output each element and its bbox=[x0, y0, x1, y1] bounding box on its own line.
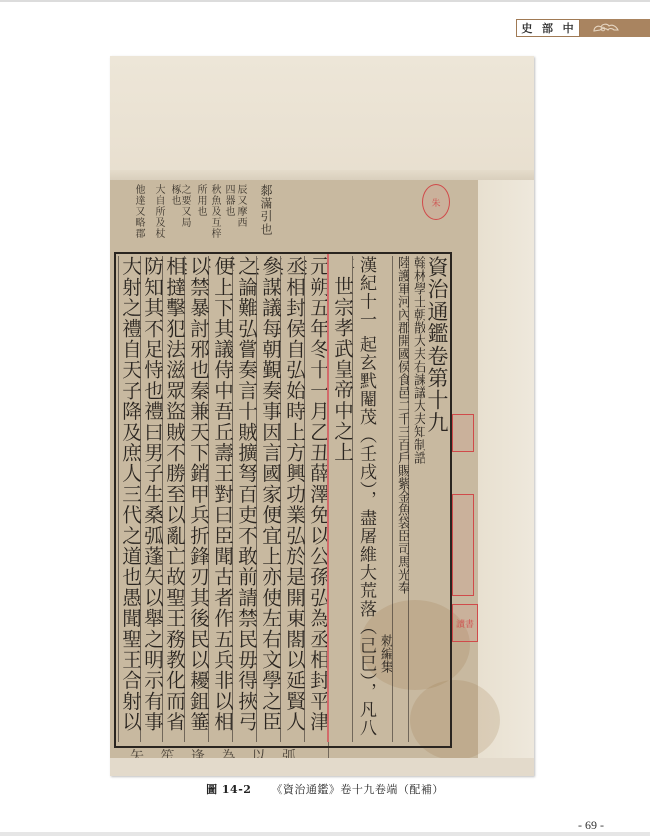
text-column: 參謀議每朝覲奏事因言國家便宜上亦使左右文學之臣與 bbox=[256, 256, 281, 742]
text-column: 便上下其議侍中吾丘壽王對曰臣聞古者作五兵非以相害 bbox=[208, 256, 233, 742]
marginal-note: 所用也 bbox=[194, 184, 206, 217]
marginal-note: 辰又摩西 bbox=[234, 184, 246, 228]
printed-leaf: 䣛滿引也 辰又摩西 四器也 秋魚及互梓 所用也 之要又局 椓也 大自所及杖 他達… bbox=[110, 180, 478, 758]
author-column: 翰林學士朝散大夫右諫議大夫知制誥 bbox=[408, 256, 425, 742]
red-seal-square bbox=[452, 494, 474, 596]
marginal-note: 四器也 bbox=[222, 184, 234, 217]
bottom-rule bbox=[0, 832, 650, 836]
text-column: 以禁暴討邪也秦兼天下銷甲兵折鋒刃其後民以耰鉏箠梃 bbox=[184, 256, 209, 742]
marginal-note: 他達又略郡 bbox=[132, 184, 144, 239]
edict-note: 勑編集 bbox=[376, 634, 392, 734]
figure-caption-text: 《資治通鑑》卷十九卷端（配補） bbox=[271, 783, 444, 796]
section-label: 史 部 中 bbox=[516, 19, 580, 37]
section-char: 中 bbox=[563, 20, 575, 36]
red-seal-oval: 朱 bbox=[422, 184, 450, 220]
book-page-photo: 䣛滿引也 辰又摩西 四器也 秋魚及互梓 所用也 之要又局 椓也 大自所及杖 他達… bbox=[110, 56, 534, 776]
figure-number: 圖 14-2 bbox=[206, 783, 251, 796]
text-column: 丞相封侯自弘始時上方興功業弘於是開東閤以延賢人與 bbox=[280, 256, 305, 742]
red-seal-square: 讀書 bbox=[452, 604, 478, 642]
bottom-paper-strip bbox=[110, 758, 534, 776]
chronicle-heading: 漢紀十一 起玄黓閹茂（壬戌），盡屠維大荒落（己巳），凡八年 bbox=[352, 256, 377, 742]
red-seal-square bbox=[452, 414, 474, 452]
title-column: 資治通鑑卷第十九 bbox=[424, 256, 448, 742]
section-header-tab: 史 部 中 bbox=[516, 19, 650, 37]
flyleaf-edge bbox=[110, 170, 534, 180]
text-column: 防知其不足恃也禮曰男子生桑弧蓬矢以舉之明示有事也 bbox=[140, 256, 163, 742]
section-char: 史 bbox=[521, 20, 533, 36]
author-column: 陸護軍河內郡開國侯食邑二千三百戶賜紫金魚袋臣司馬光奉 bbox=[392, 256, 409, 742]
section-char: 部 bbox=[542, 20, 554, 36]
section-band bbox=[580, 19, 650, 37]
page-number: - 69 - bbox=[578, 818, 604, 833]
marginal-annotations: 䣛滿引也 辰又摩西 四器也 秋魚及互梓 所用也 之要又局 椓也 大自所及杖 他達… bbox=[110, 180, 340, 256]
marginal-note: 秋魚及互梓 bbox=[208, 184, 220, 239]
right-paper-strip bbox=[478, 180, 534, 776]
figure-caption: 圖 14-2 《資治通鑑》卷十九卷端（配補） bbox=[0, 781, 650, 797]
marginal-note: 椓也 bbox=[168, 184, 180, 206]
red-punctuation-line bbox=[327, 254, 329, 742]
text-frame: 資治通鑑卷第十九 翰林學士朝散大夫右諫議大夫知制誥 陸護軍河內郡開國侯食邑二千三… bbox=[114, 252, 452, 748]
auspicious-cloud-icon bbox=[592, 22, 620, 34]
marginal-note: 䣛滿引也 bbox=[260, 184, 272, 236]
marginal-note: 大自所及杖 bbox=[152, 184, 164, 239]
text-column: 元朔五年冬十一月乙丑薛澤免以公孫弘為丞相封平津侯 bbox=[304, 256, 329, 742]
flyleaf-paper bbox=[110, 56, 534, 180]
top-rule bbox=[0, 0, 650, 2]
text-column: 之論難弘嘗奏言十賊擴弩百吏不敢前請禁民毋得挾弓弩 bbox=[232, 256, 257, 742]
text-column: 大射之禮自天子降及庶人三代之道也愚聞聖王合射以明 bbox=[118, 256, 141, 742]
reign-heading: 世宗孝武皇帝中之上 bbox=[328, 256, 353, 762]
text-column: 相撻擊犯法滋眾盜賊不勝至以亂亡故聖王務教化而省禁 bbox=[162, 256, 185, 742]
